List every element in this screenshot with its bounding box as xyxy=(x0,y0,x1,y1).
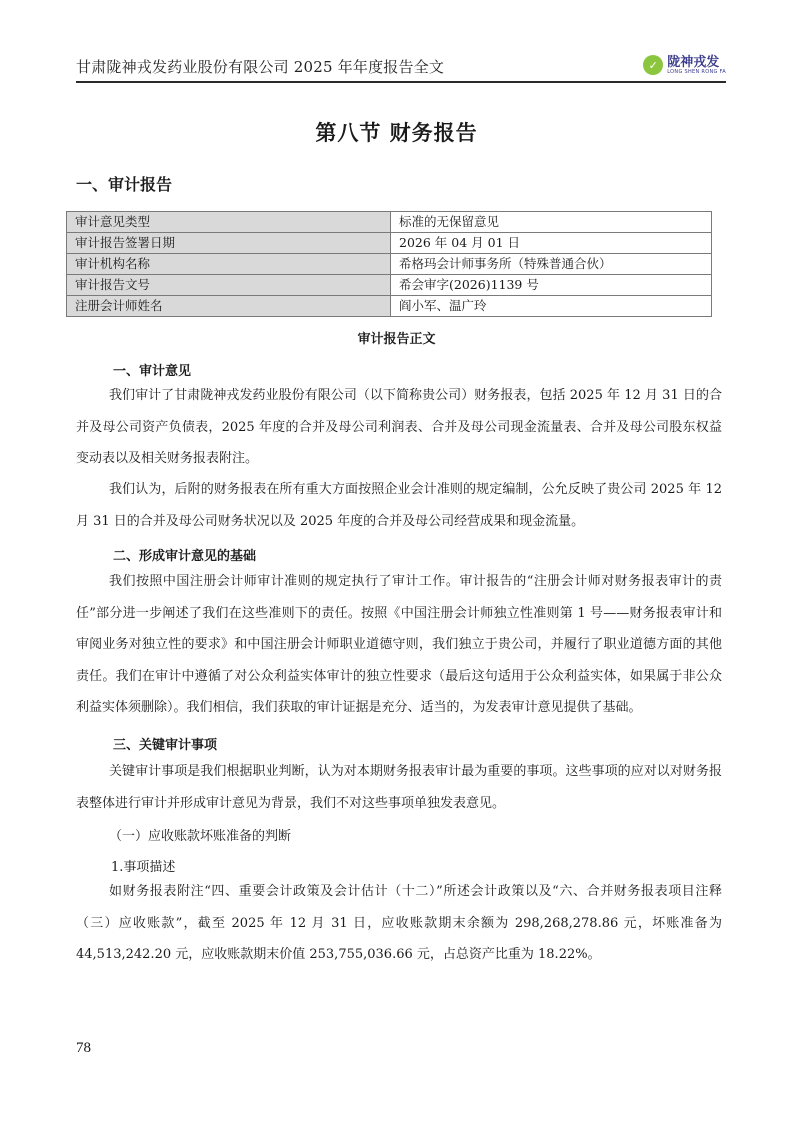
row-value: 希格玛会计师事务所（特殊普通合伙） xyxy=(391,254,712,275)
section-heading: 一、审计报告 xyxy=(76,172,172,195)
page-number: 78 xyxy=(76,1040,91,1057)
audit-info-table: 审计意见类型 标准的无保留意见 审计报告签署日期 2026 年 04 月 01 … xyxy=(66,211,712,317)
row-label: 审计意见类型 xyxy=(67,212,391,233)
company-logo-icon: ✓ xyxy=(643,55,663,75)
paragraph: 如财务报表附注“四、重要会计政策及会计估计（十二）”所述会计政策以及“六、合并财… xyxy=(76,876,722,971)
logo-text: 陇神戎发 LONG SHEN RONG FA xyxy=(667,56,726,75)
page-title: 第八节 财务报告 xyxy=(0,117,793,147)
row-label: 审计报告文号 xyxy=(67,275,391,296)
subsection-heading-key-matters: 三、关键审计事项 xyxy=(113,734,217,753)
key-matter-title: （一）应收账款坏账准备的判断 xyxy=(109,825,291,844)
table-row: 注册会计师姓名 阎小军、温广玲 xyxy=(67,296,712,317)
header-divider xyxy=(76,81,726,83)
logo-cn: 陇神戎发 xyxy=(667,56,726,69)
key-matter-subtitle: 1.事项描述 xyxy=(111,856,175,875)
row-label: 审计机构名称 xyxy=(67,254,391,275)
company-logo: ✓ 陇神戎发 LONG SHEN RONG FA xyxy=(643,52,726,78)
row-label: 审计报告签署日期 xyxy=(67,233,391,254)
table-row: 审计机构名称 希格玛会计师事务所（特殊普通合伙） xyxy=(67,254,712,275)
subsection-heading-opinion: 一、审计意见 xyxy=(113,360,191,379)
row-value: 阎小军、温广玲 xyxy=(391,296,712,317)
page-header: 甘肃陇神戎发药业股份有限公司 2025 年年度报告全文 ✓ 陇神戎发 LONG … xyxy=(76,52,726,82)
table-row: 审计报告签署日期 2026 年 04 月 01 日 xyxy=(67,233,712,254)
row-value: 希会审字(2026)1139 号 xyxy=(391,275,712,296)
paragraph: 我们按照中国注册会计师审计准则的规定执行了审计工作。审计报告的“注册会计师对财务… xyxy=(76,566,722,724)
header-title: 甘肃陇神戎发药业股份有限公司 2025 年年度报告全文 xyxy=(76,56,444,77)
subsection-heading-basis: 二、形成审计意见的基础 xyxy=(113,545,256,564)
row-value: 标准的无保留意见 xyxy=(391,212,712,233)
row-label: 注册会计师姓名 xyxy=(67,296,391,317)
paragraph: 关键审计事项是我们根据职业判断，认为对本期财务报表审计最为重要的事项。这些事项的… xyxy=(76,756,722,819)
table-row: 审计意见类型 标准的无保留意见 xyxy=(67,212,712,233)
table-row: 审计报告文号 希会审字(2026)1139 号 xyxy=(67,275,712,296)
logo-en: LONG SHEN RONG FA xyxy=(667,70,726,75)
paragraph: 我们审计了甘肃陇神戎发药业股份有限公司（以下简称贵公司）财务报表，包括 2025… xyxy=(76,380,722,475)
row-value: 2026 年 04 月 01 日 xyxy=(391,233,712,254)
paragraph: 我们认为，后附的财务报表在所有重大方面按照企业会计准则的规定编制，公允反映了贵公… xyxy=(76,474,722,537)
audit-report-body-heading: 审计报告正文 xyxy=(0,328,793,347)
